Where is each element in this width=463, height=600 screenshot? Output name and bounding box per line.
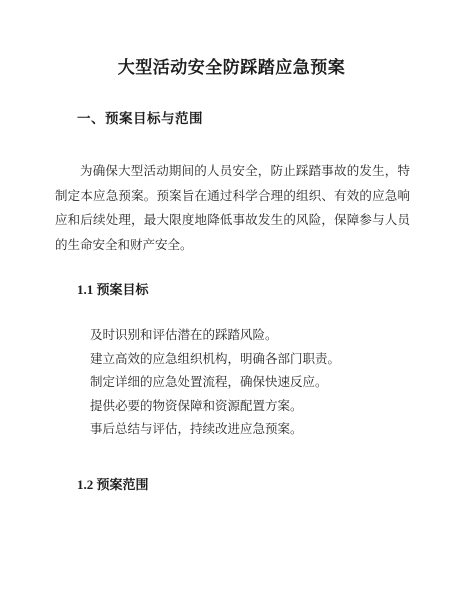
- goal-list: 及时识别和评估潜在的踩踏风险。 建立高效的应急组织机构，明确各部门职责。 制定详…: [90, 324, 410, 442]
- subsection-heading-1-1: 1.1 预案目标: [77, 282, 463, 297]
- document-page: 大型活动安全防踩踏应急预案 一、预案目标与范围 为确保大型活动期间的人员安全，防…: [0, 0, 463, 600]
- document-title: 大型活动安全防踩踏应急预案: [0, 57, 463, 79]
- subsection-heading-1-2: 1.2 预案范围: [77, 477, 463, 492]
- goal-item-5: 事后总结与评估，持续改进应急预案。: [90, 418, 410, 442]
- section-heading-1: 一、预案目标与范围: [77, 111, 463, 126]
- goal-item-1: 及时识别和评估潜在的踩踏风险。: [90, 324, 410, 348]
- goal-item-4: 提供必要的物资保障和资源配置方案。: [90, 395, 410, 419]
- goal-item-3: 制定详细的应急处置流程，确保快速反应。: [90, 371, 410, 395]
- goal-item-2: 建立高效的应急组织机构，明确各部门职责。: [90, 348, 410, 372]
- intro-paragraph: 为确保大型活动期间的人员安全，防止踩踏事故的发生，特制定本应急预案。预案旨在通过…: [55, 159, 410, 257]
